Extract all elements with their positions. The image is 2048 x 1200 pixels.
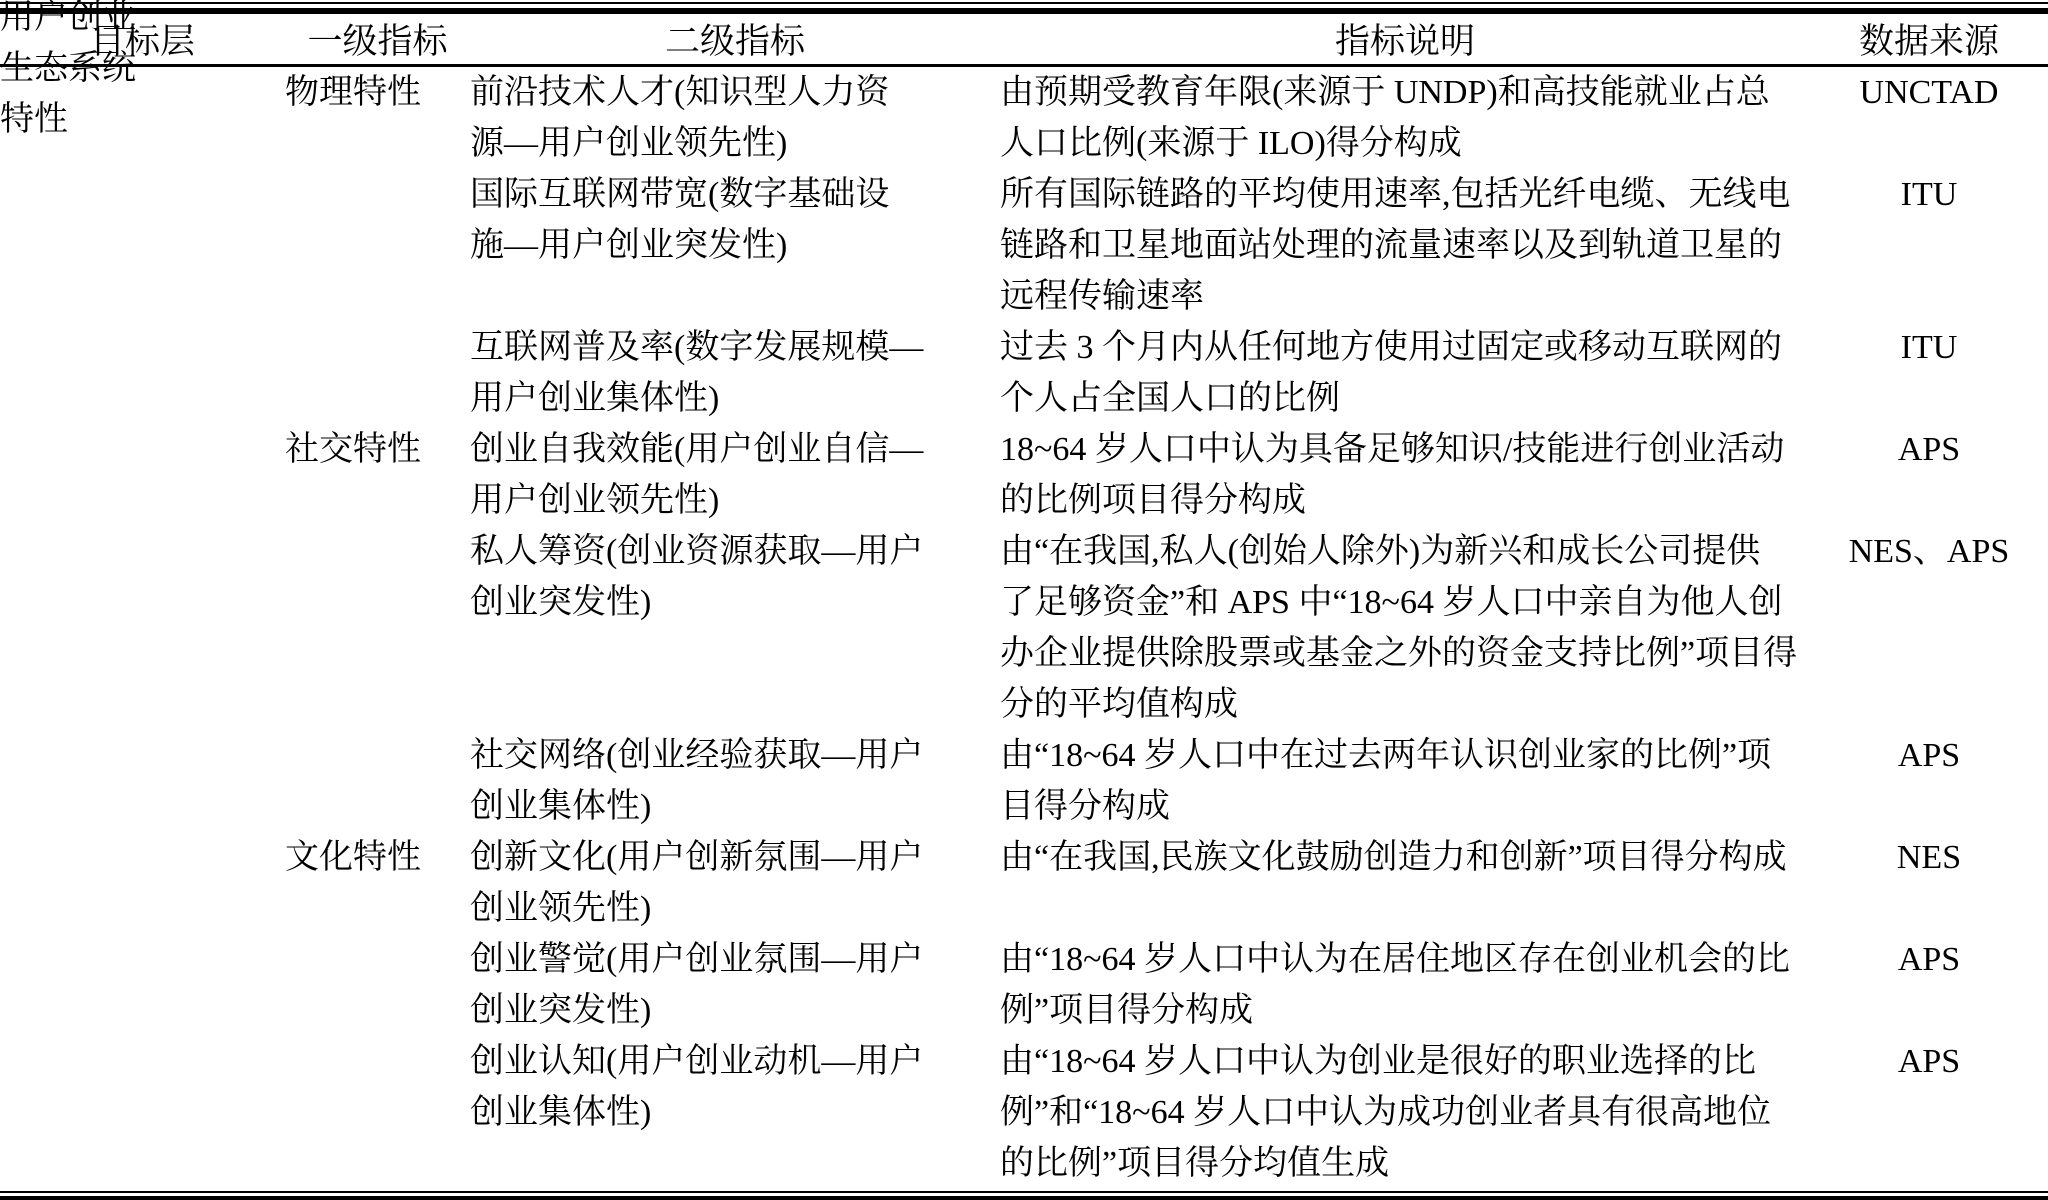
level2-cell: 互联网普及率(数字发展规模— 用户创业集体性) xyxy=(470,322,1000,424)
level2-cell: 国际互联网带宽(数字基础设 施—用户创业突发性) xyxy=(470,169,1000,322)
description-cell: 过去 3 个月内从任何地方使用过固定或移动互联网的 个人占全国人口的比例 xyxy=(1000,322,1810,424)
level1-cell-cultural: 文化特性 xyxy=(285,832,470,1189)
description-cell: 由“在我国,民族文化鼓励创造力和创新”项目得分构成 xyxy=(1000,832,1810,934)
level2-cell: 创业警觉(用户创业氛围—用户 创业突发性) xyxy=(470,934,1000,1036)
table-row: 用户创业 生态系统 特性 物理特性 前沿技术人才(知识型人力资 源—用户创业领先… xyxy=(0,66,2048,170)
source-cell: NES、APS xyxy=(1810,526,2048,730)
table-body: 用户创业 生态系统 特性 物理特性 前沿技术人才(知识型人力资 源—用户创业领先… xyxy=(0,66,2048,1190)
source-cell: UNCTAD xyxy=(1810,66,2048,170)
header-row: 目标层 一级指标 二级指标 指标说明 数据来源 xyxy=(0,14,2048,66)
source-cell: APS xyxy=(1810,1036,2048,1189)
description-cell: 18~64 岁人口中认为具备足够知识/技能进行创业活动 的比例项目得分构成 xyxy=(1000,424,1810,526)
table-row: 文化特性 创新文化(用户创新氛围—用户 创业领先性) 由“在我国,民族文化鼓励创… xyxy=(0,832,2048,934)
level2-cell: 社交网络(创业经验获取—用户 创业集体性) xyxy=(470,730,1000,832)
level2-cell: 创业认知(用户创业动机—用户 创业集体性) xyxy=(470,1036,1000,1189)
source-cell: APS xyxy=(1810,730,2048,832)
target-layer-cell: 用户创业 生态系统 特性 xyxy=(0,66,285,1190)
source-cell: ITU xyxy=(1810,322,2048,424)
description-cell: 由“18~64 岁人口中在过去两年认识创业家的比例”项 目得分构成 xyxy=(1000,730,1810,832)
level2-cell: 创业自我效能(用户创业自信— 用户创业领先性) xyxy=(470,424,1000,526)
level2-cell: 创新文化(用户创新氛围—用户 创业领先性) xyxy=(470,832,1000,934)
level1-cell-physical: 物理特性 xyxy=(285,66,470,425)
source-cell: APS xyxy=(1810,424,2048,526)
table-top-thin-rule xyxy=(0,2,2048,4)
source-cell: APS xyxy=(1810,934,2048,1036)
description-cell: 由“18~64 岁人口中认为在居住地区存在创业机会的比 例”项目得分构成 xyxy=(1000,934,1810,1036)
col-header-level1: 一级指标 xyxy=(285,14,470,66)
level2-cell: 私人筹资(创业资源获取—用户 创业突发性) xyxy=(470,526,1000,730)
level2-cell: 前沿技术人才(知识型人力资 源—用户创业领先性) xyxy=(470,66,1000,170)
description-cell: 由“18~64 岁人口中认为创业是很好的职业选择的比 例”和“18~64 岁人口… xyxy=(1000,1036,1810,1189)
col-header-level2: 二级指标 xyxy=(470,14,1000,66)
indicator-spec-table: 目标层 一级指标 二级指标 指标说明 数据来源 用户创业 生态系统 特性 物理特… xyxy=(0,14,2048,1189)
table-bottom-thick-rule xyxy=(0,1196,2048,1200)
source-cell: NES xyxy=(1810,832,2048,934)
description-cell: 由预期受教育年限(来源于 UNDP)和高技能就业占总 人口比例(来源于 ILO)… xyxy=(1000,66,1810,170)
table-row: 社交特性 创业自我效能(用户创业自信— 用户创业领先性) 18~64 岁人口中认… xyxy=(0,424,2048,526)
table-header: 目标层 一级指标 二级指标 指标说明 数据来源 xyxy=(0,14,2048,66)
paper-table-page: 目标层 一级指标 二级指标 指标说明 数据来源 用户创业 生态系统 特性 物理特… xyxy=(0,0,2048,1200)
target-layer-text: 用户创业 生态系统 特性 xyxy=(0,0,285,145)
col-header-source: 数据来源 xyxy=(1810,14,2048,66)
level1-cell-social: 社交特性 xyxy=(285,424,470,832)
description-cell: 由“在我国,私人(创始人除外)为新兴和成长公司提供 了足够资金”和 APS 中“… xyxy=(1000,526,1810,730)
source-cell: ITU xyxy=(1810,169,2048,322)
col-header-description: 指标说明 xyxy=(1000,14,1810,66)
table-bottom-thin-rule xyxy=(0,1191,2048,1193)
description-cell: 所有国际链路的平均使用速率,包括光纤电缆、无线电 链路和卫星地面站处理的流量速率… xyxy=(1000,169,1810,322)
